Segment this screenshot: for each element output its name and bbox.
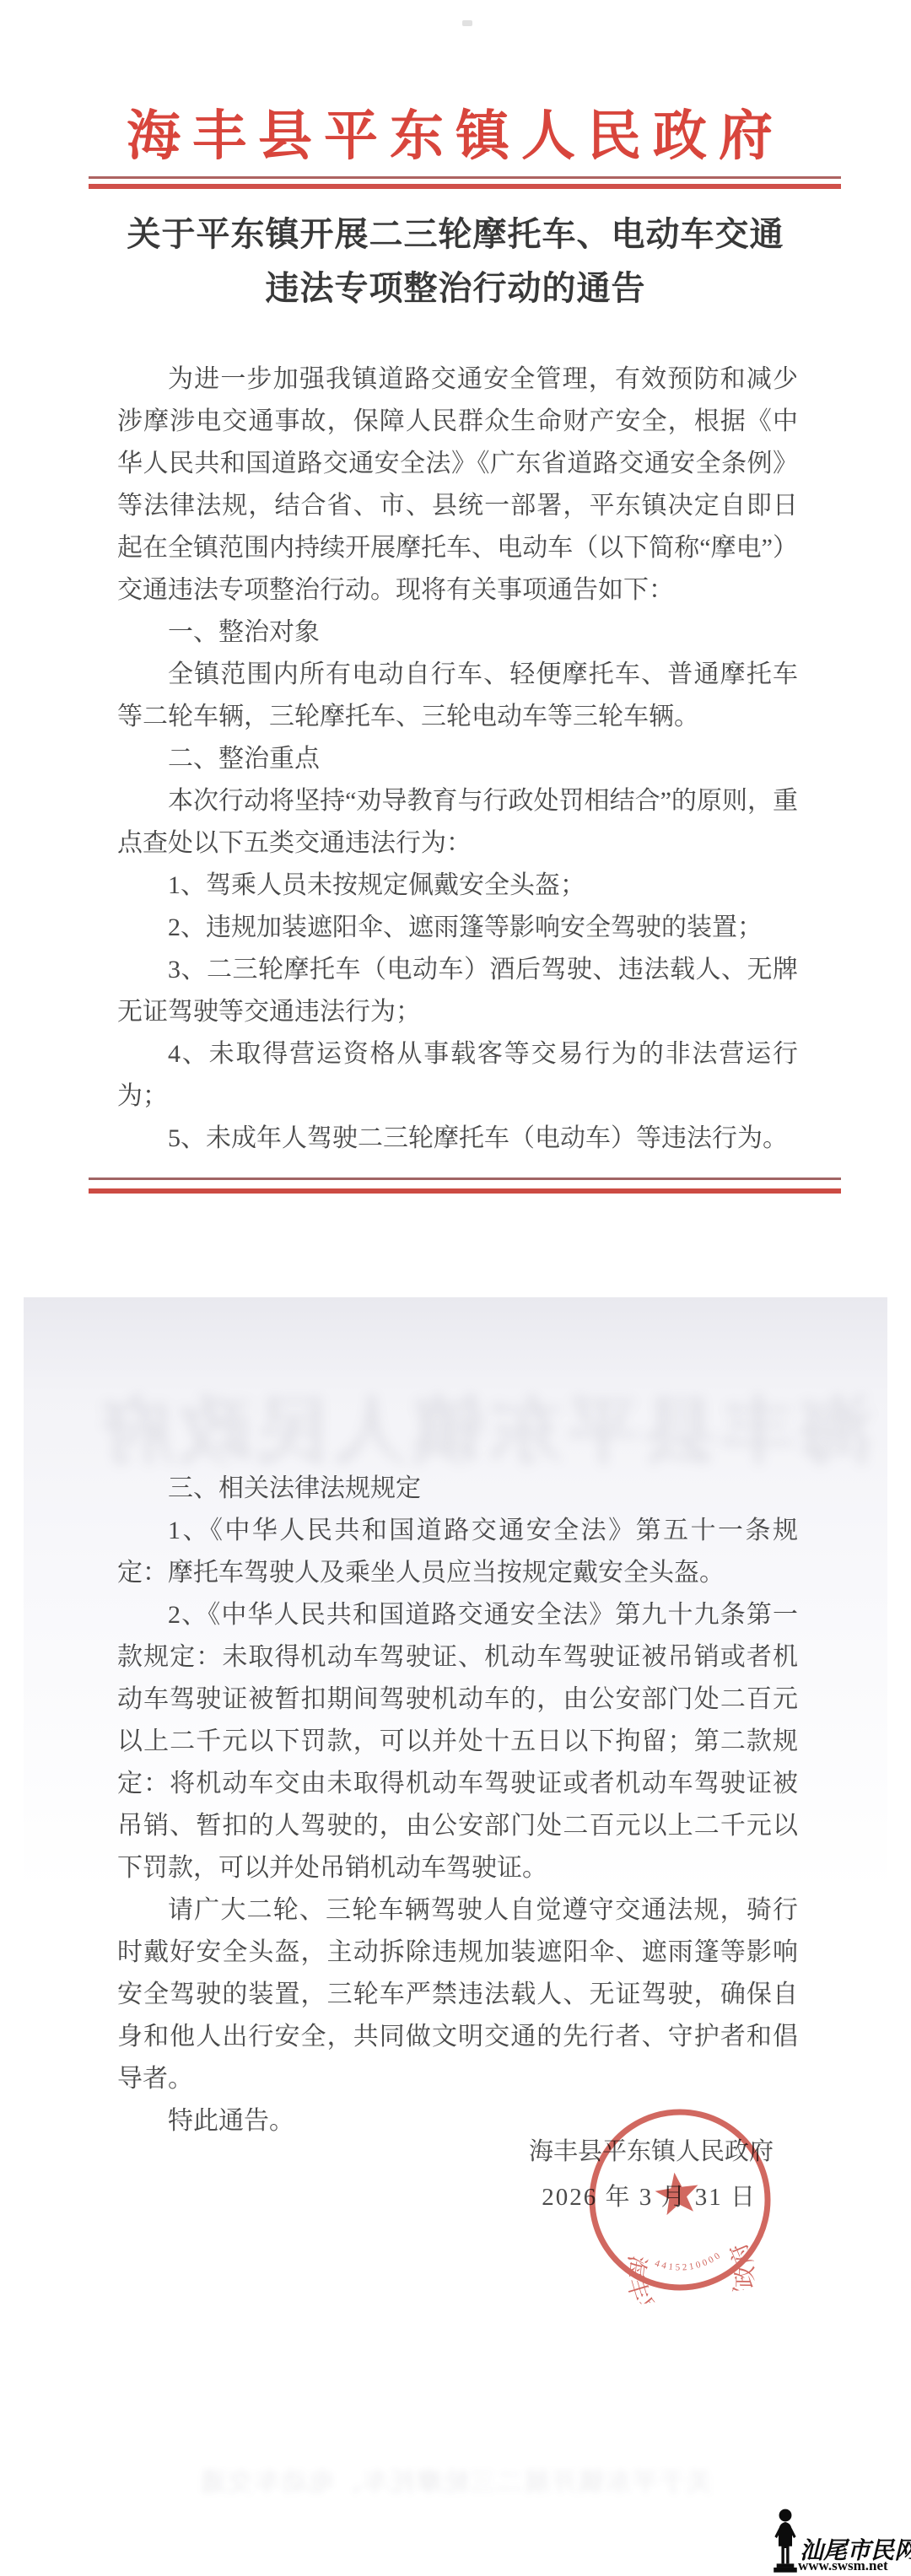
violation-item-5: 5、未成年人驾驶二三轮摩托车（电动车）等违法行为。	[117, 1118, 798, 1160]
intro-paragraph: 为进一步加强我镇道路交通安全管理，有效预防和减少涉摩涉电交通事故，保障人民群众生…	[117, 358, 798, 612]
site-watermark: 汕尾市民网 www.swsm.net	[773, 2507, 911, 2576]
seal-ring-text: 海丰县平东镇人民政府	[618, 2236, 768, 2310]
violation-item-2: 2、违规加装遮阳伞、遮雨篷等影响安全驾驶的装置；	[117, 907, 798, 949]
law-clause-2: 2、《中华人民共和国道路交通安全法》第九十九条第一款规定：未取得机动车驾驶证、机…	[117, 1594, 798, 1889]
svg-text:海丰县平东镇人民政府: 海丰县平东镇人民政府	[618, 2236, 768, 2310]
bleed-through-line-ghost: 关于平东镇开展二三轮摩托车、电动车交通	[93, 2461, 818, 2498]
page2-body: 三、相关法律法规规定 1、《中华人民共和国道路交通安全法》第五十一条规定：摩托车…	[117, 1468, 798, 2142]
page1-footer-divider-thick	[89, 1188, 841, 1194]
masthead-divider-thick	[89, 184, 841, 189]
law-clause-1: 1、《中华人民共和国道路交通安全法》第五十一条规定：摩托车驾驶人及乘坐人员应当按…	[117, 1510, 798, 1594]
agency-masthead-title: 海丰县平东镇人民政府	[80, 93, 831, 170]
section2-heading: 二、整治重点	[117, 738, 798, 780]
seal-code: 4415210000	[652, 2249, 725, 2277]
section1-body: 全镇范围内所有电动自行车、轻便摩托车、普通摩托车等二轮车辆，三轮摩托车、三轮电动…	[117, 654, 798, 738]
scanned-notice-document: { "document": { "agency_title": "海丰县平东镇人…	[0, 0, 911, 2576]
page1-body: 为进一步加强我镇道路交通安全管理，有效预防和减少涉摩涉电交通事故，保障人民群众生…	[117, 358, 798, 1160]
scan-artifact-mark	[462, 20, 472, 26]
masthead-divider-thin	[89, 176, 841, 179]
official-red-seal: 海丰县平东镇人民政府 4415210000	[569, 2089, 790, 2310]
violation-item-4: 4、未取得营运资格从事载客等交易行为的非法营运行为；	[117, 1033, 798, 1118]
appeal-paragraph: 请广大二轮、三轮车辆驾驶人自觉遵守交通法规，骑行时戴好安全头盔，主动拆除违规加装…	[117, 1889, 798, 2100]
notice-title-line2: 违法专项整治行动的通告	[51, 261, 860, 310]
seal-star-icon	[653, 2169, 702, 2216]
notice-title-line1: 关于平东镇开展二三轮摩托车、电动车交通	[51, 207, 860, 256]
section2-body: 本次行动将坚持“劝导教育与行政处罚相结合”的原则，重点查处以下五类交通违法行为：	[117, 780, 798, 865]
page1-footer-divider-thin	[89, 1178, 841, 1180]
svg-text:4415210000: 4415210000	[652, 2249, 725, 2277]
person-silhouette-icon	[773, 2509, 798, 2574]
violation-item-3: 3、二三轮摩托车（电动车）酒后驾驶、违法载人、无牌无证驾驶等交通违法行为；	[117, 949, 798, 1033]
watermark-site-url: www.swsm.net	[798, 2557, 911, 2574]
section3-heading: 三、相关法律法规规定	[117, 1468, 798, 1510]
violation-item-1: 1、驾乘人员未按规定佩戴安全头盔；	[117, 865, 798, 907]
section1-heading: 一、整治对象	[117, 612, 798, 654]
